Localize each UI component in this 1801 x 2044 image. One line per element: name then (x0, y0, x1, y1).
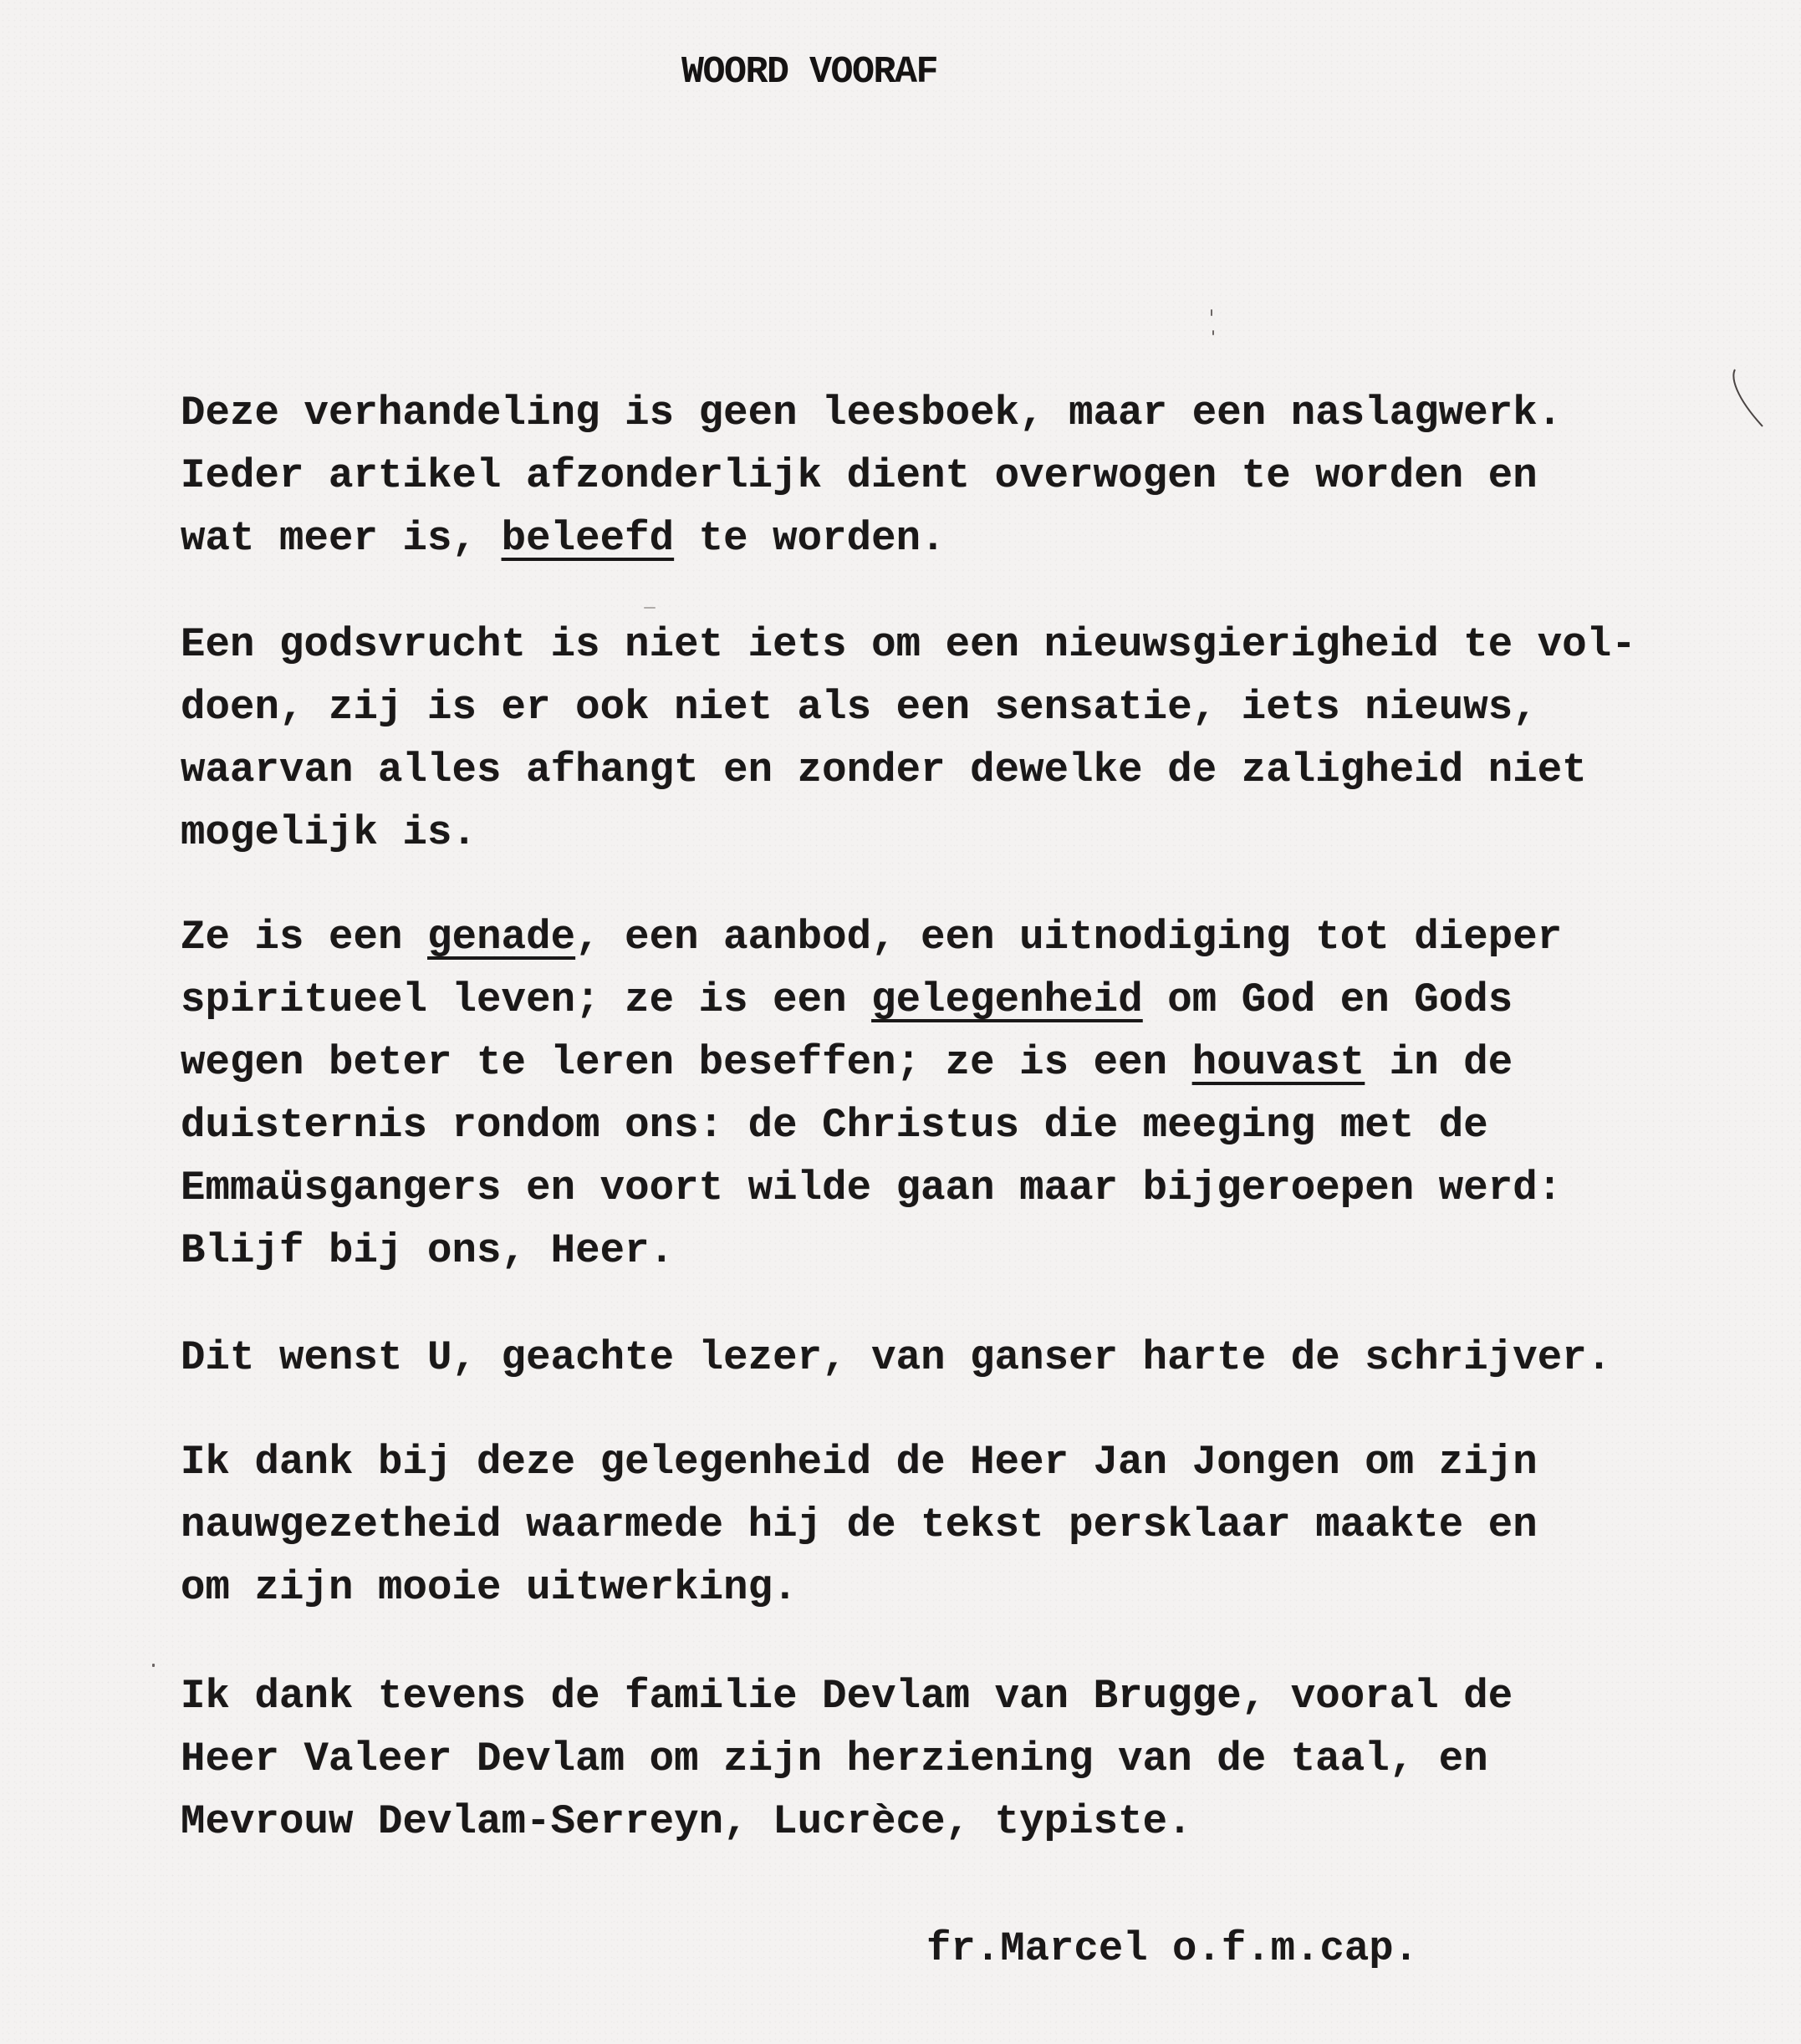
text-segment: Blijf bij ons, Heer. (181, 1227, 674, 1274)
text-line: Ik dank tevens de familie Devlam van Bru… (181, 1665, 1513, 1728)
paper-speck (1212, 330, 1214, 335)
text-segment: , een aanbod, een uitnodiging tot dieper (575, 914, 1562, 961)
signature: fr.Marcel o.f.m.cap. (926, 1918, 1418, 1980)
paragraph-thanks-jongen: Ik dank bij deze gelegenheid de Heer Jan… (181, 1431, 1538, 1619)
text-segment: duisternis rondom ons: de Christus die m… (181, 1102, 1488, 1149)
text-line: wegen beter te leren beseffen; ze is een… (181, 1032, 1562, 1094)
text-segment: nauwgezetheid waarmede hij de tekst pers… (181, 1501, 1538, 1548)
text-line: Ieder artikel afzonderlijk dient overwog… (181, 445, 1562, 507)
text-line: spiritueel leven; ze is een gelegenheid … (181, 969, 1562, 1032)
text-line: Deze verhandeling is geen leesboek, maar… (181, 382, 1562, 445)
underlined-word: houvast (1192, 1039, 1365, 1086)
underlined-word: genade (427, 914, 575, 961)
paragraph-genade: Ze is een genade, een aanbod, een uitnod… (181, 906, 1562, 1282)
text-line: Blijf bij ons, Heer. (181, 1220, 1562, 1282)
text-segment: Deze verhandeling is geen leesboek, maar… (181, 390, 1562, 436)
text-segment: waarvan alles afhangt en zonder dewelke … (181, 747, 1587, 793)
text-segment: Ik dank bij deze gelegenheid de Heer Jan… (181, 1439, 1538, 1486)
document-page: WOORD VOORAF Deze verhandeling is geen l… (0, 0, 1801, 2044)
text-line: Emmaüsgangers en voort wilde gaan maar b… (181, 1157, 1562, 1220)
text-segment: Mevrouw Devlam-Serreyn, Lucrèce, typiste… (181, 1798, 1192, 1845)
text-segment: in de (1365, 1039, 1513, 1086)
text-segment: Ze is een (181, 914, 427, 961)
paper-speck (644, 607, 656, 609)
underlined-word: beleefd (502, 515, 675, 562)
paragraph-intro: Deze verhandeling is geen leesboek, maar… (181, 382, 1562, 570)
text-segment: Emmaüsgangers en voort wilde gaan maar b… (181, 1165, 1562, 1211)
paragraph-thanks-devlam: Ik dank tevens de familie Devlam van Bru… (181, 1665, 1513, 1853)
paragraph-godsvrucht: Een godsvrucht is niet iets om een nieuw… (181, 614, 1636, 864)
text-segment: spiritueel leven; ze is een (181, 976, 871, 1023)
text-line: om zijn mooie uitwerking. (181, 1557, 1538, 1619)
text-segment: wat meer is, (181, 515, 502, 562)
text-line: duisternis rondom ons: de Christus die m… (181, 1094, 1562, 1157)
text-line: waarvan alles afhangt en zonder dewelke … (181, 739, 1636, 802)
paper-speck (152, 1664, 155, 1667)
paper-speck (1211, 309, 1212, 316)
text-line: wat meer is, beleefd te worden. (181, 507, 1562, 570)
text-line: Heer Valeer Devlam om zijn herziening va… (181, 1728, 1513, 1791)
text-line: Mevrouw Devlam-Serreyn, Lucrèce, typiste… (181, 1791, 1513, 1853)
text-line: Een godsvrucht is niet iets om een nieuw… (181, 614, 1636, 676)
text-segment: te worden. (674, 515, 946, 562)
text-segment: wegen beter te leren beseffen; ze is een (181, 1039, 1192, 1086)
text-line: Dit wenst U, geachte lezer, van ganser h… (181, 1327, 1611, 1389)
text-line: nauwgezetheid waarmede hij de tekst pers… (181, 1494, 1538, 1557)
paper-hair-mark (1731, 368, 1773, 431)
text-line: Ze is een genade, een aanbod, een uitnod… (181, 906, 1562, 969)
text-segment: mogelijk is. (181, 809, 477, 856)
text-segment: Een godsvrucht is niet iets om een nieuw… (181, 621, 1636, 668)
text-line: mogelijk is. (181, 802, 1636, 864)
underlined-word: gelegenheid (871, 976, 1143, 1023)
text-line: Ik dank bij deze gelegenheid de Heer Jan… (181, 1431, 1538, 1494)
text-segment: om zijn mooie uitwerking. (181, 1564, 798, 1611)
text-segment: Ik dank tevens de familie Devlam van Bru… (181, 1673, 1513, 1720)
text-segment: om God en Gods (1143, 976, 1513, 1023)
paragraph-wish: Dit wenst U, geachte lezer, van ganser h… (181, 1327, 1611, 1389)
text-segment: doen, zij is er ook niet als een sensati… (181, 684, 1538, 731)
page-title: WOORD VOORAF (681, 52, 937, 94)
text-segment: Heer Valeer Devlam om zijn herziening va… (181, 1736, 1488, 1782)
text-segment: Ieder artikel afzonderlijk dient overwog… (181, 452, 1538, 499)
text-segment: Dit wenst U, geachte lezer, van ganser h… (181, 1334, 1611, 1381)
text-line: doen, zij is er ook niet als een sensati… (181, 676, 1636, 739)
